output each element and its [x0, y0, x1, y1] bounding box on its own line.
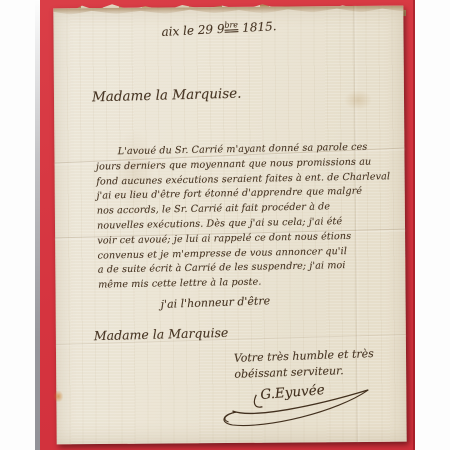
age-stain	[344, 90, 372, 110]
salutation: Madame la Marquise.	[92, 86, 242, 106]
pre-closing-line: j'ai l'honneur d'être	[160, 294, 270, 311]
mat-edge-shadow	[35, 0, 40, 450]
letter-photograph: aix le 29 9bre1815. Madame la Marquise. …	[0, 0, 450, 450]
dateline: aix le 29 9bre1815.	[161, 18, 277, 39]
deckled-top-edge	[53, 6, 403, 16]
valediction: Votre très humble et très obéissant serv…	[234, 346, 375, 383]
signature-block: G.Eyuvée	[218, 380, 388, 433]
body-paragraph: L'avoué du Sr. Carrié m'ayant donné sa p…	[96, 140, 393, 293]
letter-paper: aix le 29 9bre1815. Madame la Marquise. …	[53, 6, 406, 445]
dateline-place-day: aix le 29 9	[161, 22, 225, 39]
dateline-year: 1815.	[242, 19, 277, 35]
closing-address: Madame la Marquise	[94, 325, 229, 343]
dateline-month-superscript: bre	[224, 20, 238, 30]
